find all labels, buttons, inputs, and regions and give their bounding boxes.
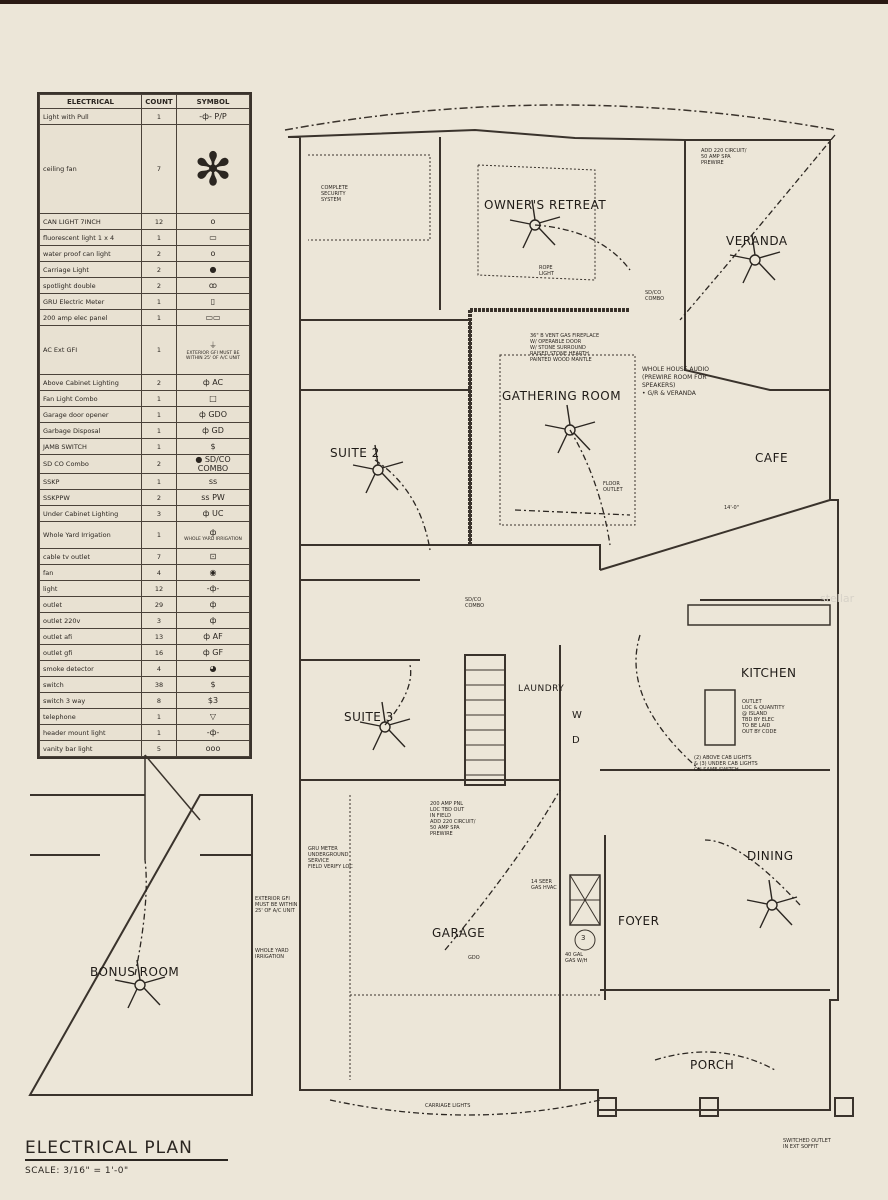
room-label-cafe: CAFE [755, 451, 788, 465]
dryer-label: D [572, 735, 580, 746]
washer-label: W [572, 710, 582, 721]
plan-scale: SCALE: 3/16" = 1'-0" [25, 1166, 129, 1176]
note-whole-house-audio: WHOLE HOUSE AUDIO (PREWIRE ROOM FOR SPEA… [642, 366, 709, 398]
floor-plan-drawing [0, 0, 888, 1200]
note-carriage-lights: CARRIAGE LIGHTS [425, 1103, 470, 1109]
room-label-kitchen: KITCHEN [741, 666, 797, 680]
room-label-laundry: LAUNDRY [518, 684, 564, 694]
note-floor-outlet: FLOOR OUTLET [603, 481, 623, 493]
room-label-foyer: FOYER [618, 914, 659, 928]
note-gru-meter: GRU METER UNDERGROUND SERVICE FIELD VERI… [308, 846, 353, 870]
room-label-owners-retreat: OWNER'S RETREAT [484, 198, 606, 212]
room-label-porch: PORCH [690, 1058, 734, 1072]
note-switched-outlet-soffit: SWITCHED OUTLET IN EXT SOFFIT [783, 1138, 831, 1150]
note-security-system: COMPLETE SECURITY SYSTEM [321, 185, 348, 203]
note-rope-light: ROPE LIGHT [539, 265, 554, 277]
room-label-dining: DINING [747, 849, 794, 863]
note-kitchen-outlet: OUTLET LOC & QUANTITY @ ISLAND TBD BY EL… [742, 699, 785, 735]
note-sd-co-combo-1: SD/CO COMBO [645, 290, 664, 302]
note-sd-co-combo-2: SD/CO COMBO [465, 597, 484, 609]
note-electrical-panel: 200 AMP PNL LOC TBD OUT IN FIELD ADD 220… [430, 801, 475, 837]
water-heater-number: 3 [581, 935, 585, 941]
room-label-bonus-room: BONUS ROOM [90, 965, 179, 979]
note-spa-circuit: ADD 220 CIRCUIT/ 50 AMP SPA PREWIRE [701, 148, 746, 166]
room-label-suite-3: SUITE 3 [344, 710, 394, 724]
room-label-suite-2: SUITE 2 [330, 446, 380, 460]
room-label-gathering-room: GATHERING ROOM [502, 389, 621, 403]
note-yard-irrigation: WHOLE YARD IRRIGATION [255, 948, 289, 960]
note-water-heater: 40 GAL GAS W/H [565, 952, 587, 964]
note-garage-door-opener: GDO [468, 955, 480, 961]
house-outline [288, 130, 838, 1110]
note-exterior-gfi: EXTERIOR GFI MUST BE WITHIN 25' OF A/C U… [255, 896, 297, 914]
room-label-garage: GARAGE [432, 926, 485, 940]
note-fireplace: 36" B VENT GAS FIREPLACE W/ OPERABLE DOO… [530, 333, 599, 363]
note-cafe-dimension: 14'-0" [724, 505, 739, 511]
plan-title: ELECTRICAL PLAN [25, 1138, 228, 1161]
note-gas-hvac: 14 SEER GAS HVAC [531, 879, 557, 891]
room-label-veranda: VERANDA [726, 234, 788, 248]
note-cabinet-lights: (2) ABOVE CAB LIGHTS & (3) UNDER CAB LIG… [694, 755, 758, 773]
watermark: stellar [820, 592, 854, 605]
